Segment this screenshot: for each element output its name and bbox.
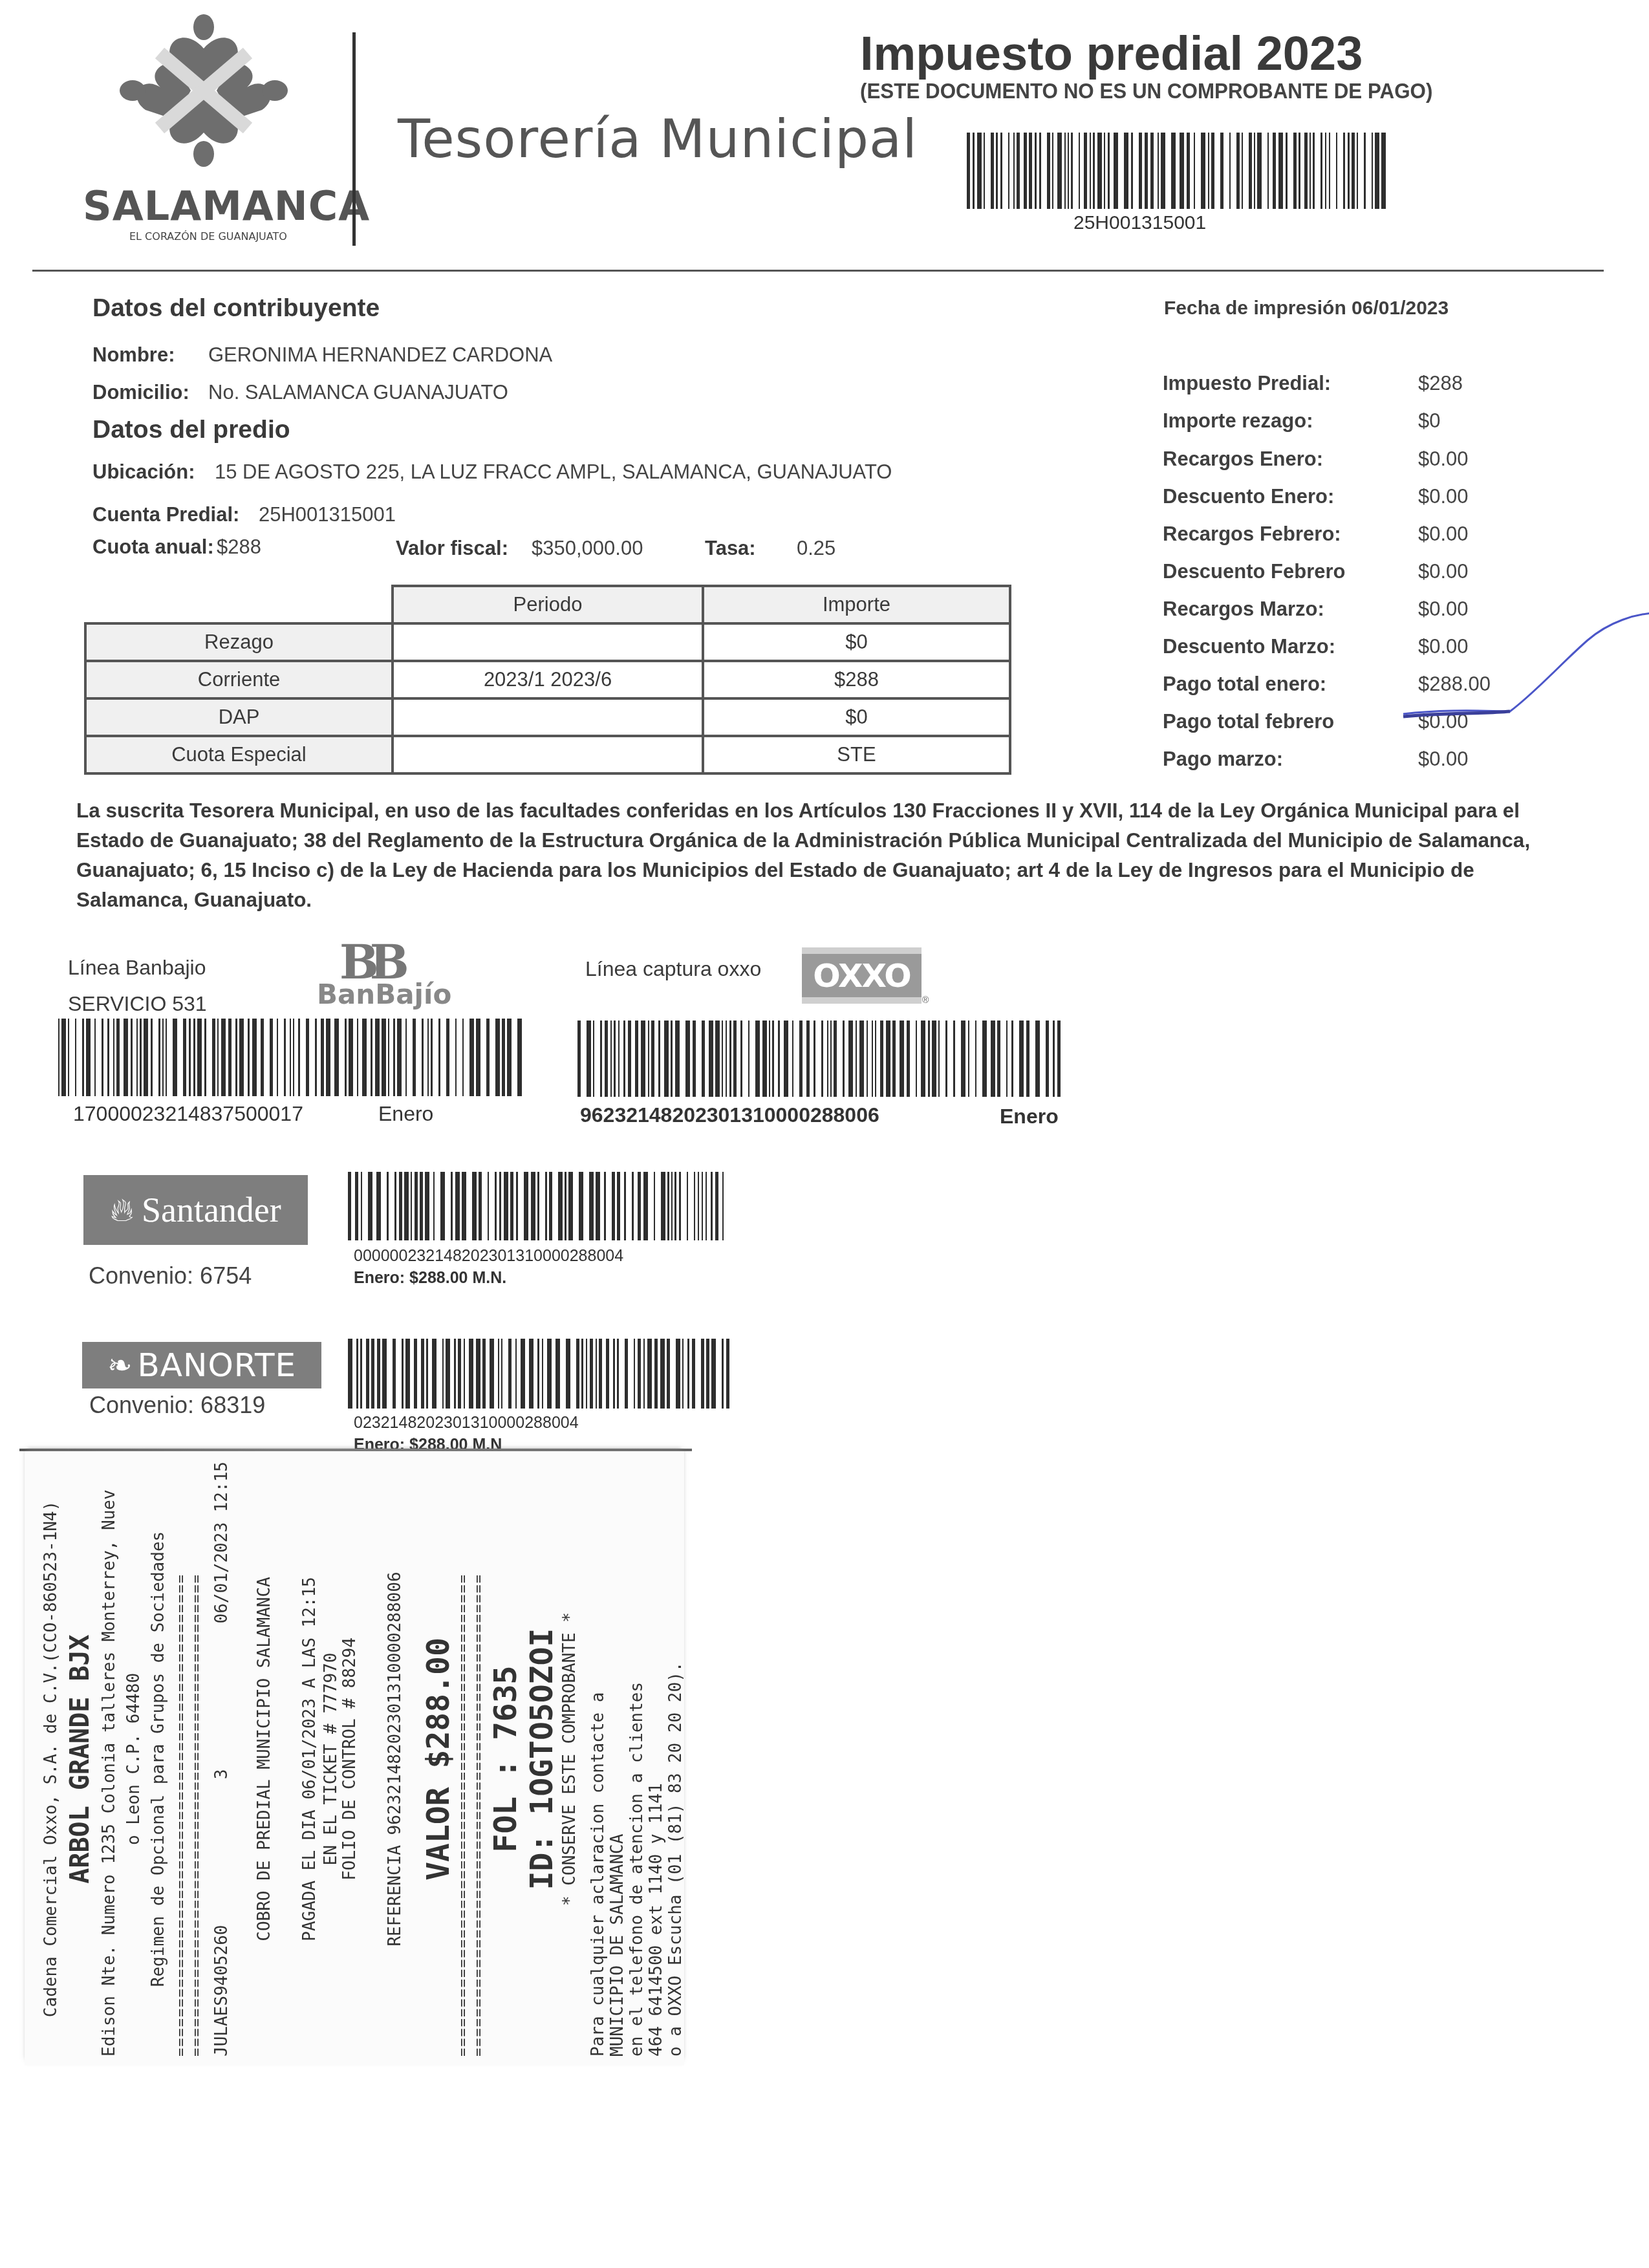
banbajio-servicio: SERVICIO 531 (68, 992, 207, 1016)
document-title: Impuesto predial 2023 (860, 26, 1363, 81)
logo-tagline: EL CORAZÓN DE GUANAJUATO (129, 230, 287, 243)
summary-row: Impuesto Predial:$288 (1163, 372, 1615, 410)
receipt-company: Cadena Comercial Oxxo, S.A. de C.V.(CCO-… (39, 1462, 63, 2057)
summary-row: Recargos Febrero:$0.00 (1163, 523, 1615, 561)
banorte-barcode (348, 1339, 729, 1409)
receipt-store: ARBOL GRANDE BJX (63, 1462, 97, 2057)
table-row: Corriente 2023/1 2023/6 $288 (85, 661, 1010, 698)
oxxo-logo-text: OXXO (813, 957, 911, 995)
summary-row: Importe rezago:$0 (1163, 409, 1615, 448)
oxxo-logo-icon: OXXO (802, 947, 921, 1004)
row-label: DAP (85, 698, 393, 736)
receipt-referencia: REFERENCIA 96232148202301310000288006 (383, 1462, 407, 2057)
summary-label: Importe rezago: (1163, 409, 1418, 448)
tasa-label: Tasa: (705, 537, 756, 560)
account-barcode-number: 25H001315001 (1073, 212, 1206, 234)
santander-barcode-number: 000000232148202301310000288004 (354, 1247, 623, 1266)
summary-label: Descuento Enero: (1163, 485, 1418, 523)
summary-value: $0.00 (1418, 448, 1469, 486)
receipt-conserve: * CONSERVE ESTE COMPROBANTE * (560, 1462, 579, 2057)
receipt-separator: ========================================… (457, 1462, 472, 2057)
summary-row: Pago marzo:$0.00 (1163, 748, 1615, 786)
receipt-footer-5: o a OXXO Escucha (01 (81) 83 20 20 20). (666, 1462, 685, 2057)
document-subtitle: (ESTE DOCUMENTO NO ES UN COMPROBANTE DE … (860, 79, 1432, 103)
domicilio-value: No. SALAMANCA GUANAJUATO (208, 381, 508, 404)
summary-row: Recargos Enero:$0.00 (1163, 448, 1615, 486)
receipt-footer-4: 464 6414500 ext 1140 y 1141 (647, 1462, 666, 2057)
banorte-logo-text: BANORTE (138, 1346, 297, 1384)
summary-label: Pago marzo: (1163, 748, 1418, 786)
receipt-cashier: JULAES9405260 (210, 1925, 234, 2057)
summary-label: Recargos Marzo: (1163, 598, 1418, 636)
summary-value: $0.00 (1418, 523, 1469, 561)
summary-label: Pago total enero: (1163, 673, 1418, 711)
summary-value: $0.00 (1418, 560, 1469, 598)
registered-mark-icon: ® (922, 995, 929, 1005)
periodo-cell: 2023/1 2023/6 (393, 661, 703, 698)
receipt-register: 3 (210, 1769, 234, 1780)
column-header: Importe (703, 586, 1010, 623)
banorte-barcode-number: 0232148202301310000288004 (354, 1414, 579, 1432)
banorte-logo: ❧ BANORTE (82, 1342, 321, 1388)
summary-label: Impuesto Predial: (1163, 372, 1418, 410)
domicilio-label: Domicilio: (92, 381, 189, 404)
receipt-footer-1: Para cualquier aclaracion contacte a (588, 1462, 608, 2057)
periodo-cell (393, 698, 703, 736)
summary-value: $0.00 (1418, 748, 1469, 786)
oxxo-barcode-number: 96232148202301310000288006 (580, 1103, 879, 1127)
table-header-row: Periodo Importe (85, 586, 1010, 623)
ubicacion-value: 15 DE AGOSTO 225, LA LUZ FRACC AMPL, SAL… (215, 460, 892, 484)
banorte-convenio: Convenio: 68319 (89, 1392, 265, 1419)
section-heading-contribuyente: Datos del contribuyente (92, 294, 380, 323)
receipt-separator: ========================================… (190, 1462, 206, 2057)
summary-label: Pago total febrero (1163, 710, 1418, 748)
oxxo-barcode (577, 1021, 1064, 1097)
receipt-footer-2: MUNICIPIO DE SALAMANCA (608, 1462, 627, 2057)
importe-cell: STE (703, 736, 1010, 773)
nombre-label: Nombre: (92, 343, 175, 367)
receipt-paid-line-2: EN EL TICKET # 777970 (322, 1462, 340, 2057)
santander-convenio: Convenio: 6754 (89, 1262, 252, 1290)
valor-fiscal-value: $350,000.00 (532, 537, 643, 560)
cuota-anual-label: Cuota anual: (92, 535, 214, 559)
table-row: Cuota Especial STE (85, 736, 1010, 773)
receipt-valor: VALOR $288.00 (420, 1462, 457, 2057)
table-row: Rezago $0 (85, 623, 1010, 661)
receipt-datetime: 06/01/2023 12:15 (210, 1462, 234, 1623)
header-divider (352, 32, 356, 246)
importe-cell: $288 (703, 661, 1010, 698)
banbajio-barcode-number: 17000023214837500017 (73, 1102, 303, 1126)
cuenta-predial-value: 25H001315001 (259, 503, 396, 526)
header-rule (32, 270, 1604, 272)
banorte-mark-icon: ❧ (107, 1348, 133, 1383)
fecha-impresion: Fecha de impresión 06/01/2023 (1164, 297, 1449, 319)
row-label: Corriente (85, 661, 393, 698)
receipt-folio: FOL : 7635 (488, 1462, 524, 2057)
santander-amount: Enero: $288.00 M.N. (354, 1269, 506, 1288)
summary-label: Descuento Febrero (1163, 560, 1418, 598)
summary-row: Descuento Enero:$0.00 (1163, 485, 1615, 523)
banbajio-barcode (58, 1019, 524, 1096)
receipt-paid-line-3: FOLIO DE CONTROL # 88294 (340, 1462, 360, 2057)
tasa-value: 0.25 (797, 537, 835, 560)
summary-label: Recargos Enero: (1163, 448, 1418, 486)
valor-fiscal-label: Valor fiscal: (396, 537, 508, 560)
receipt-separator: ========================================… (175, 1462, 190, 2057)
table-row: DAP $0 (85, 698, 1010, 736)
santander-flame-icon: 🔥︎ (110, 1191, 134, 1229)
summary-row: Descuento Febrero$0.00 (1163, 560, 1615, 598)
column-header: Periodo (393, 586, 703, 623)
ubicacion-label: Ubicación: (92, 460, 195, 484)
oxxo-month: Enero (1000, 1105, 1059, 1129)
cuota-anual-value: $288 (217, 535, 261, 559)
summary-label: Recargos Febrero: (1163, 523, 1418, 561)
nombre-value: GERONIMA HERNANDEZ CARDONA (208, 343, 552, 367)
summary-value: $288 (1418, 372, 1463, 410)
summary-label: Descuento Marzo: (1163, 635, 1418, 673)
banbajio-month: Enero (378, 1102, 433, 1126)
pen-checkmark-icon (1397, 608, 1649, 724)
santander-barcode (348, 1172, 729, 1240)
summary-value: $0.00 (1418, 485, 1469, 523)
periodo-cell (393, 736, 703, 773)
salamanca-logo-icon (113, 13, 294, 168)
receipt-footer-3: en el telefono de atencion a clientes (627, 1462, 647, 2057)
legal-text: La suscrita Tesorera Municipal, en uso d… (76, 795, 1590, 914)
santander-logo-text: Santander (142, 1190, 281, 1230)
cuenta-predial-label: Cuenta Predial: (92, 503, 239, 526)
periodo-cell (393, 623, 703, 661)
receipt-regimen: Regimen de Opcional para Grupos de Socie… (146, 1462, 175, 2057)
receipt-address-2: o Leon C.P. 64480 (122, 1462, 146, 2057)
summary-value: $0 (1418, 409, 1440, 448)
receipt-address-1: Edison Nte. Numero 1235 Colonia talleres… (97, 1462, 122, 2057)
oxxo-receipt-content: Cadena Comercial Oxxo, S.A. de C.V.(CCO-… (39, 1462, 685, 2057)
account-barcode (967, 133, 1387, 209)
table-corner (85, 586, 393, 623)
row-label: Cuota Especial (85, 736, 393, 773)
receipt-paid-line-1: PAGADA EL DIA 06/01/2023 A LAS 12:15 (297, 1462, 322, 2057)
row-label: Rezago (85, 623, 393, 661)
receipt-separator: ========================================… (472, 1462, 488, 2057)
oxxo-label: Línea captura oxxo (585, 957, 761, 981)
banbajio-logo-text: BanBajío (317, 978, 451, 1010)
importe-cell: $0 (703, 698, 1010, 736)
department-name: Tesorería Municipal (398, 109, 918, 170)
banbajio-label: Línea Banbajio (68, 956, 206, 980)
periodo-importe-table: Periodo Importe Rezago $0 Corriente 2023… (84, 585, 1011, 775)
logo-name: SALAMANCA (83, 182, 370, 230)
receipt-id: ID: 1OGTO5OZOI (524, 1462, 560, 2057)
receipt-concept: COBRO DE PREDIAL MUNICIPIO SALAMANCA (252, 1462, 277, 2057)
importe-cell: $0 (703, 623, 1010, 661)
receipt-cashier-row: JULAES9405260 3 06/01/2023 12:15 (210, 1462, 234, 2057)
santander-logo: 🔥︎ Santander (83, 1175, 308, 1245)
section-heading-predio: Datos del predio (92, 416, 290, 444)
